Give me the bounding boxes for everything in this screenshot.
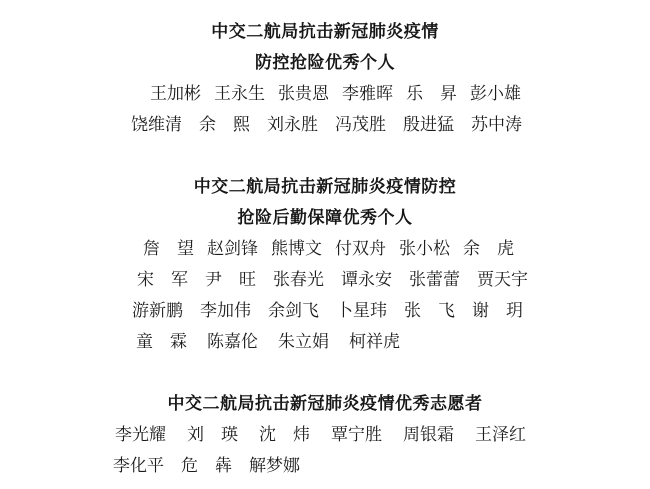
document-page: 中交二航局抗击新冠肺炎疫情 防控抢险优秀个人 王加彬王永生张贵恩李雅晖乐 昇彭小…: [0, 0, 650, 489]
person-name: 朱立娟: [278, 327, 329, 352]
person-name: 张 飞: [404, 296, 455, 321]
person-name: 周银霜: [403, 420, 454, 445]
person-name: 李雅晖: [342, 79, 393, 104]
person-name: 苏中涛: [471, 110, 522, 135]
person-name: 张小松: [399, 234, 450, 259]
person-name: 危 犇: [181, 451, 232, 476]
person-name: 李加伟: [200, 296, 251, 321]
person-name: 余 熙: [199, 110, 250, 135]
section-logistics-support-individuals: 中交二航局抗击新冠肺炎疫情防控 抢险后勤保障优秀个人 詹 望赵剑锋熊博文付双舟张…: [0, 169, 650, 355]
person-name: 赵剑锋: [207, 234, 258, 259]
person-name: 覃宁胜: [331, 420, 382, 445]
person-name: 游新鹏: [132, 296, 183, 321]
name-row: 童 霖陈嘉伦朱立娟柯祥虎: [0, 324, 650, 355]
person-name: 宋 军: [137, 265, 188, 290]
person-name: 王泽红: [475, 420, 526, 445]
section-title-line-1: 中交二航局抗击新冠肺炎疫情: [0, 14, 650, 45]
person-name: 卜星玮: [336, 296, 387, 321]
person-name: 张蕾蕾: [409, 265, 460, 290]
name-row: 王加彬王永生张贵恩李雅晖乐 昇彭小雄: [0, 76, 650, 107]
person-name: 李化平: [113, 451, 164, 476]
person-name: 余 虎: [463, 234, 514, 259]
person-name: 王加彬: [150, 79, 201, 104]
section-title-line-2: 抢险后勤保障优秀个人: [0, 200, 650, 231]
name-row: 宋 军尹 旺张春光谭永安张蕾蕾贾天宇: [0, 262, 650, 293]
person-name: 殷进猛: [403, 110, 454, 135]
person-name: 刘 瑛: [187, 420, 238, 445]
person-name: 付双舟: [335, 234, 386, 259]
person-name: 童 霖: [136, 327, 187, 352]
section-title-line-1: 中交二航局抗击新冠肺炎疫情防控: [0, 169, 650, 200]
person-name: 刘永胜: [267, 110, 318, 135]
section-title-line-2: 防控抢险优秀个人: [0, 45, 650, 76]
person-name: 熊博文: [271, 234, 322, 259]
person-name: 柯祥虎: [349, 327, 400, 352]
section-title-line-1: 中交二航局抗击新冠肺炎疫情优秀志愿者: [0, 386, 650, 417]
section-prevention-rescue-individuals: 中交二航局抗击新冠肺炎疫情 防控抢险优秀个人 王加彬王永生张贵恩李雅晖乐 昇彭小…: [0, 14, 650, 138]
person-name: 余剑飞: [268, 296, 319, 321]
person-name: 彭小雄: [470, 79, 521, 104]
name-row: 詹 望赵剑锋熊博文付双舟张小松余 虎: [0, 231, 650, 262]
person-name: 谭永安: [341, 265, 392, 290]
person-name: 张春光: [273, 265, 324, 290]
section-outstanding-volunteers: 中交二航局抗击新冠肺炎疫情优秀志愿者 李光耀刘 瑛沈 炜覃宁胜周银霜王泽红 李化…: [0, 386, 650, 479]
name-row: 李化平危 犇解梦娜: [0, 448, 650, 479]
person-name: 尹 旺: [205, 265, 256, 290]
person-name: 詹 望: [143, 234, 194, 259]
person-name: 李光耀: [115, 420, 166, 445]
person-name: 王永生: [214, 79, 265, 104]
person-name: 冯茂胜: [335, 110, 386, 135]
person-name: 张贵恩: [278, 79, 329, 104]
name-row: 饶维清余 熙刘永胜冯茂胜殷进猛苏中涛: [0, 107, 650, 138]
person-name: 贾天宇: [477, 265, 528, 290]
person-name: 解梦娜: [249, 451, 300, 476]
name-row: 游新鹏李加伟余剑飞卜星玮张 飞谢 玥: [0, 293, 650, 324]
person-name: 饶维清: [131, 110, 182, 135]
person-name: 乐 昇: [406, 79, 457, 104]
person-name: 沈 炜: [259, 420, 310, 445]
name-row: 李光耀刘 瑛沈 炜覃宁胜周银霜王泽红: [0, 417, 650, 448]
person-name: 陈嘉伦: [207, 327, 258, 352]
person-name: 谢 玥: [472, 296, 523, 321]
